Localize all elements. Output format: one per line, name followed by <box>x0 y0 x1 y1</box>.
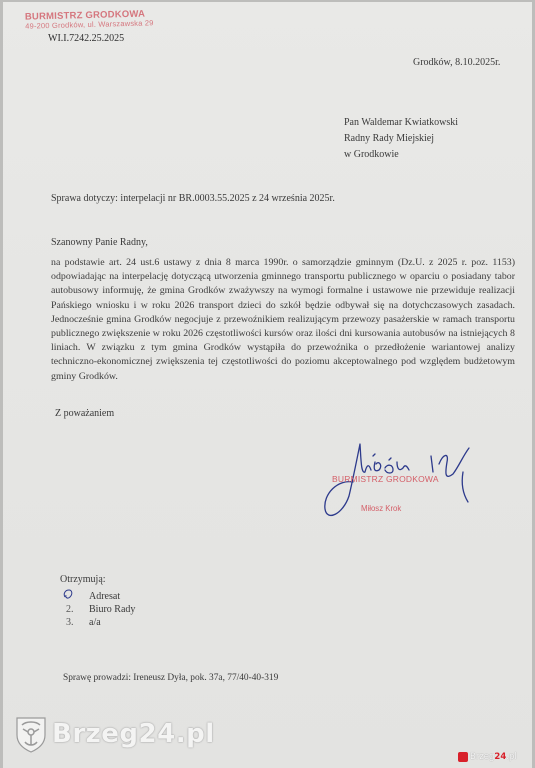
watermark-large: Brzeg24.pl <box>14 715 215 753</box>
list-item-label: a/a <box>89 616 101 629</box>
list-item-label: Adresat <box>89 590 120 603</box>
recipient-location: w Grodkowie <box>344 147 458 163</box>
body-paragraph: na podstawie art. 24 ust.6 ustawy z dnia… <box>51 256 515 384</box>
list-item-number: 3. <box>66 616 89 629</box>
subject-line: Sprawa dotyczy: interpelacji nr BR.0003.… <box>51 193 335 204</box>
letter-body: na podstawie art. 24 ust.6 ustawy z dnia… <box>51 256 515 384</box>
list-item: 2. Biuro Rady <box>66 603 135 616</box>
list-item: 1. Adresat <box>66 590 135 603</box>
list-item: 3. a/a <box>66 616 135 629</box>
watermark-small-suffix: .pl <box>506 752 516 762</box>
stamp-address: 49-200 Grodków, ul. Warszawska 29 <box>25 18 154 30</box>
recipient-block: Pan Waldemar Kwiatkowski Radny Rady Miej… <box>344 115 458 163</box>
list-item-number: 2. <box>66 603 89 616</box>
watermark-small: Brzeg24.pl <box>458 752 517 762</box>
office-stamp: BURMISTRZ GRODKOWA 49-200 Grodków, ul. W… <box>25 8 154 30</box>
case-handler: Sprawę prowadzi: Ireneusz Dyła, pok. 37a… <box>63 673 278 683</box>
place-date: Grodków, 8.10.2025r. <box>413 57 500 68</box>
receivers-title: Otrzymują: <box>60 574 106 585</box>
list-item-label: Biuro Rady <box>89 603 135 616</box>
signature-stamp-office: BURMISTRZ GRODKOWA <box>332 474 439 484</box>
watermark-small-number: 24 <box>494 752 506 762</box>
letter-page: BURMISTRZ GRODKOWA 49-200 Grodków, ul. W… <box>3 2 532 768</box>
signature-stamp-name: Miłosz Krok <box>361 504 401 513</box>
coat-of-arms-icon <box>14 715 48 753</box>
watermark-text: Brzeg24.pl <box>52 719 215 749</box>
brand-logo-icon <box>458 752 468 762</box>
receivers-list: 1. Adresat 2. Biuro Rady 3. a/a <box>66 590 135 629</box>
salutation: Szanowny Panie Radny, <box>51 237 148 248</box>
recipient-name: Pan Waldemar Kwiatkowski <box>344 115 458 131</box>
recipient-role: Radny Rady Miejskiej <box>344 131 458 147</box>
reference-number: WI.I.7242.25.2025 <box>48 33 124 44</box>
closing: Z poważaniem <box>55 408 114 419</box>
watermark-small-prefix: Brzeg <box>470 752 494 762</box>
